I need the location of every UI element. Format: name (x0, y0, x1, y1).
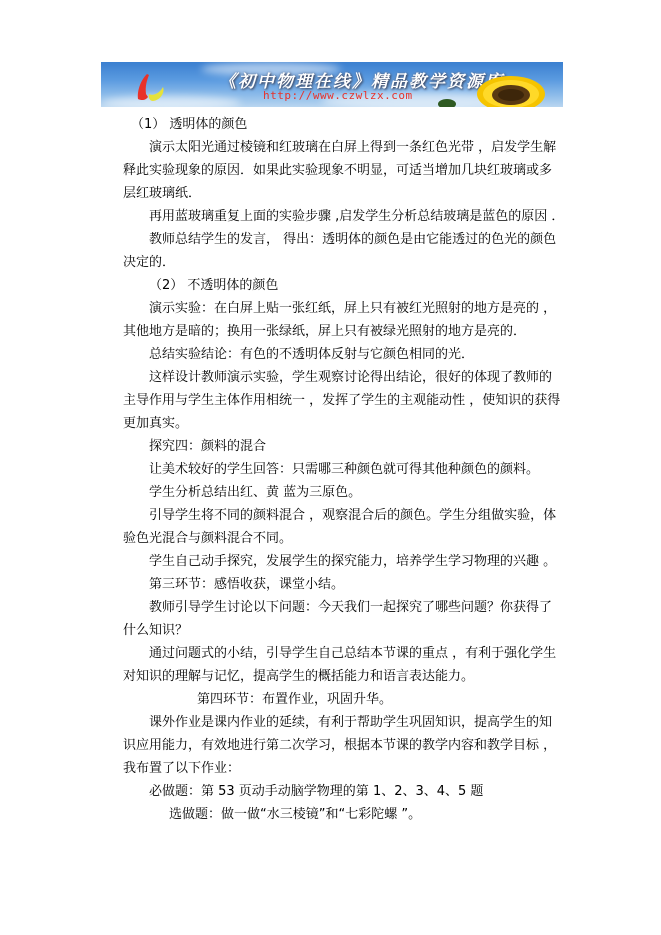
paragraph-line: 让美术较好的学生回答：只需哪三种颜色就可得其他种颜色的颜料。 (149, 459, 539, 480)
header-banner: 《初中物理在线》精品教学资源库 http://www.czwlzx.com (101, 62, 563, 107)
paragraph-line: 什么知识？ (123, 620, 188, 641)
paragraph-line: 其他地方是暗的；换用一张绿纸，屏上只有被绿光照射的地方是亮的． (123, 321, 526, 342)
paragraph-line: 演示太阳光通过棱镜和红玻璃在白屏上得到一条红色光带 ，启发学生解 (149, 137, 556, 158)
paragraph-line: 层红玻璃纸． (123, 183, 201, 204)
paragraph-line: 主导作用与学生主体作用相统一 ，发挥了学生的主观能动性 ，使知识的获得 (123, 390, 560, 411)
paragraph-line: 课外作业是课内作业的延续，有利于帮助学生巩固知识，提高学生的知 (149, 712, 552, 733)
paragraph-line: 决定的． (123, 252, 175, 273)
sunflower-icon (476, 68, 546, 107)
paragraph-line: 这样设计教师演示实验，学生观察讨论得出结论，很好的体现了教师的 (149, 367, 552, 388)
required-homework: 必做题：第 53 页动手动脑学物理的第 1、2、3、4、5 题 (149, 781, 483, 802)
heading-third-section: 第三环节：感悟收获，课堂小结。 (149, 574, 344, 595)
logo-icon (133, 72, 173, 104)
heading-fourth-section: 第四环节：布置作业，巩固升华。 (197, 689, 392, 710)
paragraph-line: 释此实验现象的原因．如果此实验现象不明显，可适当增加几块红玻璃或多 (123, 160, 552, 181)
paragraph-line: 通过问题式的小结，引导学生自己总结本节课的重点 ，有利于强化学生 (149, 643, 556, 664)
leaf-icon (436, 96, 458, 107)
paragraph-line: 教师引导学生讨论以下问题：今天我们一起探究了哪些问题？你获得了 (149, 597, 552, 618)
paragraph-line: 验色光混合与颜料混合不同。 (123, 528, 292, 549)
paragraph-line: 更加真实。 (123, 413, 188, 434)
optional-homework: 选做题：做一做“水三棱镜”和“七彩陀螺 ”。 (169, 804, 421, 825)
paragraph-line: 学生自己动手探究，发展学生的探究能力，培养学生学习物理的兴趣 。 (149, 551, 556, 572)
heading-pigment-mixing: 探究四：颜料的混合 (149, 436, 266, 457)
paragraph-line: 对知识的理解与记忆，提高学生的概括能力和语言表达能力。 (123, 666, 474, 687)
paragraph-line: 我布置了以下作业： (123, 758, 240, 779)
paragraph-line: 学生分析总结出红、黄 蓝为三原色。 (149, 482, 361, 503)
heading-transparent-color: （1） 透明体的颜色 (131, 114, 247, 135)
paragraph-line: 教师总结学生的发言， 得出：透明体的颜色是由它能透过的色光的颜色 (149, 229, 556, 250)
banner-url: http://www.czwlzx.com (263, 89, 413, 102)
heading-opaque-color: （2） 不透明体的颜色 (149, 275, 278, 296)
paragraph-line: 引导学生将不同的颜料混合 ，观察混合后的颜色。学生分组做实验，体 (149, 505, 556, 526)
paragraph-line: 识应用能力，有效地进行第二次学习，根据本节课的教学内容和教学目标 ， (123, 735, 556, 756)
paragraph-line: 总结实验结论：有色的不透明体反射与它颜色相同的光． (149, 344, 474, 365)
paragraph-line: 再用蓝玻璃重复上面的实验步骤 ,启发学生分析总结玻璃是蓝色的原因 ． (149, 206, 564, 227)
paragraph-line: 演示实验：在白屏上贴一张红纸，屏上只有被红光照射的地方是亮的 ， (149, 298, 556, 319)
